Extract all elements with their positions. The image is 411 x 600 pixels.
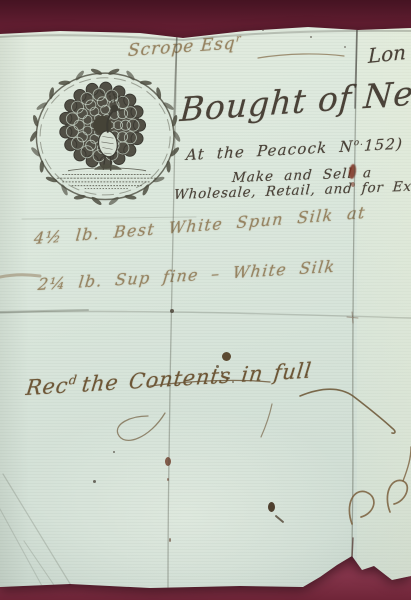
receipt-superscript: d xyxy=(68,373,78,388)
ink-speck xyxy=(93,480,96,483)
city-fragment: Lon xyxy=(368,40,406,68)
ink-speck xyxy=(113,451,115,453)
edge-speck xyxy=(310,36,312,38)
addressee-superscript: r xyxy=(236,33,242,44)
ink-speck xyxy=(306,374,308,376)
edge-speck xyxy=(203,31,206,34)
receipt-paper: Lon Bought of Newh At the Peacock No.152… xyxy=(0,0,411,600)
edge-speck xyxy=(262,29,264,31)
ink-speck xyxy=(216,365,219,368)
ink-speck xyxy=(170,309,174,313)
ink-speck xyxy=(169,538,171,542)
crease-stain xyxy=(165,457,171,466)
paper-wrap: Lon Bought of Newh At the Peacock No.152… xyxy=(0,0,411,600)
edge-speck xyxy=(344,46,346,48)
ink-blot xyxy=(268,502,275,512)
ink-speck xyxy=(227,377,230,379)
red-ink-stain xyxy=(351,182,355,187)
ink-speck xyxy=(167,478,169,481)
ink-speck xyxy=(232,381,234,383)
framed-receipt-photo: Lon Bought of Newh At the Peacock No.152… xyxy=(0,0,411,600)
ink-blot xyxy=(222,352,231,361)
ink-speck xyxy=(221,371,223,374)
